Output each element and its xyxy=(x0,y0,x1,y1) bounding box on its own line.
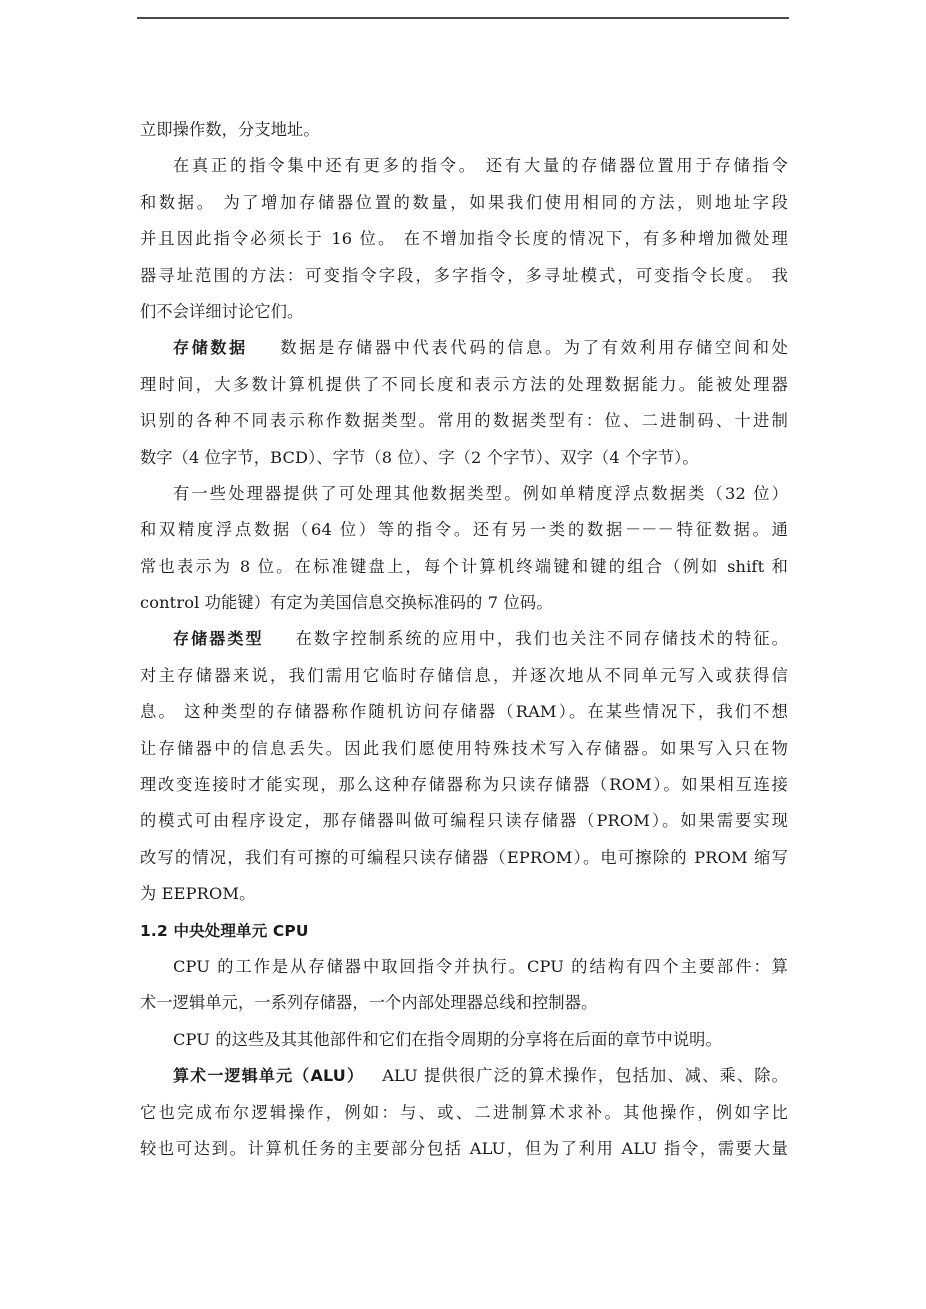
paragraph-start: CPU 的工作是从存储器中取回指令并执行。CPU 的结构有四个主要部件：算 xyxy=(140,949,788,985)
paragraph-start: 有一些处理器提供了可处理其他数据类型。例如单精度浮点数据类（32 位） xyxy=(140,476,788,512)
text-line: 理时间，大多数计算机提供了不同长度和表示方法的处理数据能力。能被处理器 xyxy=(140,367,788,403)
text-line: 它也完成布尔逻辑操作，例如：与、或、二进制算术求补。其他操作，例如字比 xyxy=(140,1095,788,1131)
text-line: 为 EEPROM。 xyxy=(140,876,788,912)
text-run: ALU 提供很广泛的算术操作，包括加、减、乘、除。 xyxy=(382,1066,788,1085)
text-line: 常也表示为 8 位。在标准键盘上，每个计算机终端键和键的组合（例如 shift … xyxy=(140,549,788,585)
text-line: 的模式可由程序设定，那存储器叫做可编程只读存储器（PROM）。如果需要实现 xyxy=(140,803,788,839)
paragraph-alu: 算术一逻辑单元（ALU）ALU 提供很广泛的算术操作，包括加、减、乘、除。 xyxy=(140,1058,788,1094)
paragraph-start: 在真正的指令集中还有更多的指令。 还有大量的存储器位置用于存储指令 xyxy=(140,148,788,184)
text-line: 和数据。 为了增加存储器位置的数量，如果我们使用相同的方法，则地址字段 xyxy=(140,185,788,221)
text-line: 让存储器中的信息丢失。因此我们愿使用特殊技术写入存储器。如果写入只在物 xyxy=(140,731,788,767)
paragraph-memory-types: 存储器类型在数字控制系统的应用中，我们也关注不同存储技术的特征。 xyxy=(140,621,788,657)
run-in-heading-storage-data: 存储数据 xyxy=(173,338,248,357)
section-heading: 1.2 中央处理单元 CPU xyxy=(140,913,788,949)
paragraph-start: CPU 的这些及其其他部件和它们在指令周期的分享将在后面的章节中说明。 xyxy=(140,1022,788,1058)
document-page: 立即操作数，分支地址。 在真正的指令集中还有更多的指令。 还有大量的存储器位置用… xyxy=(140,112,788,1167)
text-line: 对主存储器来说，我们需用它临时存储信息，并逐次地从不同单元写入或获得信 xyxy=(140,658,788,694)
text-run: 在数字控制系统的应用中，我们也关注不同存储技术的特征。 xyxy=(294,629,788,648)
run-in-heading-memory-types: 存储器类型 xyxy=(173,629,264,648)
run-in-heading-alu: 算术一逻辑单元（ALU） xyxy=(173,1066,364,1085)
text-run: 数据是存储器中代表代码的信息。为了有效利用存储空间和处 xyxy=(278,338,788,357)
text-line: 改写的情况，我们有可擦的可编程只读存储器（EPROM）。电可擦除的 PROM 缩… xyxy=(140,840,788,876)
text-line: 识别的各种不同表示称作数据类型。常用的数据类型有：位、二进制码、十进制 xyxy=(140,403,788,439)
text-line: 并且因此指令必须长于 16 位。 在不增加指令长度的情况下，有多种增加微处理 xyxy=(140,221,788,257)
text-line: 息。 这种类型的存储器称作随机访问存储器（RAM）。在某些情况下，我们不想 xyxy=(140,694,788,730)
text-line: 数字（4 位字节，BCD）、字节（8 位）、字（2 个字节）、双字（4 个字节）… xyxy=(140,440,788,476)
header-rule xyxy=(137,17,789,19)
text-line: 们不会详细讨论它们。 xyxy=(140,294,788,330)
text-line: 器寻址范围的方法：可变指令字段，多字指令，多寻址模式，可变指令长度。 我 xyxy=(140,258,788,294)
text-line: 立即操作数，分支地址。 xyxy=(140,112,788,148)
text-line: 较也可达到。计算机任务的主要部分包括 ALU，但为了利用 ALU 指令，需要大量 xyxy=(140,1131,788,1167)
paragraph-storage-data: 存储数据数据是存储器中代表代码的信息。为了有效利用存储空间和处 xyxy=(140,330,788,366)
text-line: 理改变连接时才能实现，那么这种存储器称为只读存储器（ROM）。如果相互连接 xyxy=(140,767,788,803)
text-line: 和双精度浮点数据（64 位）等的指令。还有另一类的数据－－－特征数据。通 xyxy=(140,512,788,548)
text-line: 术一逻辑单元，一系列存储器，一个内部处理器总线和控制器。 xyxy=(140,985,788,1021)
text-line: control 功能键）有定为美国信息交换标准码的 7 位码。 xyxy=(140,585,788,621)
